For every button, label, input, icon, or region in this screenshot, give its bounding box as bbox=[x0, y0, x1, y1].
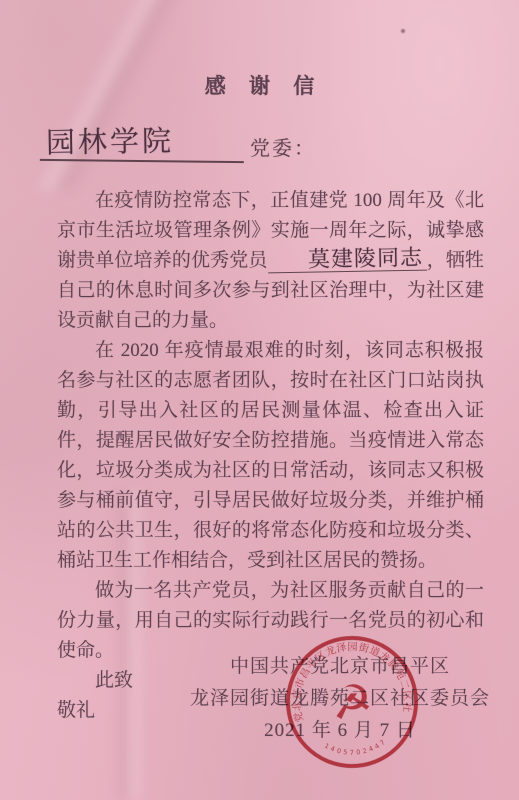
letter-paper: 感 谢 信 园林学院 党委： 在疫情防控常态下，正值建党 100 周年及《北京市… bbox=[0, 0, 519, 800]
signature-block: 中国共产党北京市昌平区 龙泽园街道龙腾苑二区社区委员会 2021 年 6 月 7… bbox=[160, 651, 519, 747]
paragraph-2: 在 2020 年疫情最艰难的时刻，该同志积极报名参与社区的志愿者团队，按时在社区… bbox=[57, 336, 484, 576]
salutation-underline: 园林学院 bbox=[40, 128, 244, 163]
signature-date: 2021 年 6 月 7 日 bbox=[160, 715, 519, 747]
signature-org-line2: 龙泽园街道龙腾苑二区社区委员会 bbox=[160, 683, 519, 715]
paragraph-1: 在疫情防控常态下，正值建党 100 周年及《北京市生活垃圾管理条例》实施一周年之… bbox=[57, 186, 484, 336]
signature-org-line1: 中国共产党北京市昌平区 bbox=[160, 651, 519, 683]
handwritten-recipient: 园林学院 bbox=[46, 128, 174, 159]
handwritten-member-name: 莫建陵同志 bbox=[267, 247, 426, 274]
letter-title: 感 谢 信 bbox=[0, 70, 519, 100]
paper-speck bbox=[401, 29, 405, 33]
salutation-row: 园林学院 党委： bbox=[40, 116, 316, 162]
letter-body: 在疫情防控常态下，正值建党 100 周年及《北京市生活垃圾管理条例》实施一周年之… bbox=[57, 186, 484, 726]
salutation-suffix: 党委： bbox=[250, 137, 316, 162]
